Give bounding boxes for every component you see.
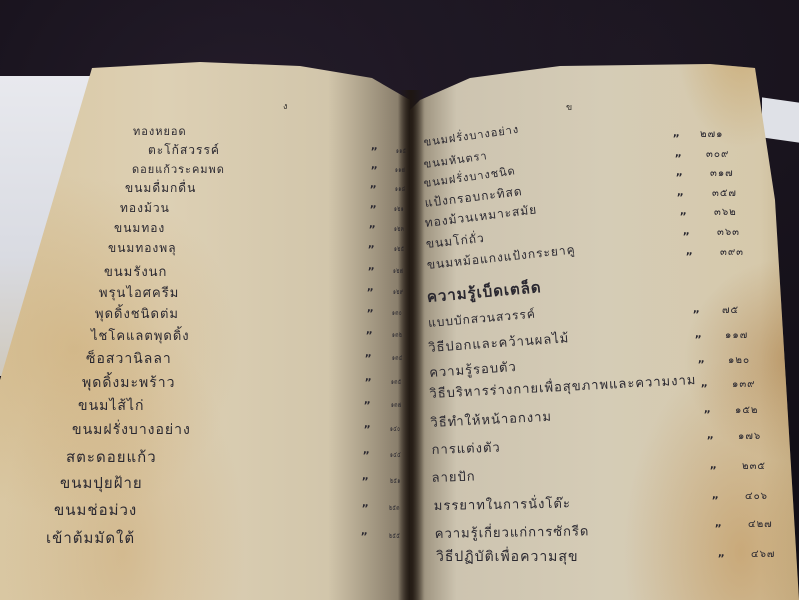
toc-entry-title: ลายปัก — [431, 465, 476, 488]
toc-entry-page: ๑๓๙ — [732, 377, 756, 392]
toc-entry-page: ๓๖๒ — [714, 205, 737, 220]
toc-entry-title: ขนมรังนก — [104, 261, 167, 282]
toc-entry-title: วิธีปฏิบัติเพื่อความสุข — [436, 546, 579, 568]
ditto-mark: ,, — [370, 179, 376, 190]
toc-entry-title: ความรู้เกี่ยวแก่การซักรีด — [435, 520, 590, 544]
ditto-mark: ,, — [707, 430, 713, 441]
toc-entry-title: แบบบักสวนสวรรค์ — [427, 305, 536, 333]
ditto-mark: ,, — [673, 128, 679, 139]
toc-entry-title: ขนมทอง — [114, 219, 165, 238]
ditto-mark: ,, — [371, 141, 377, 152]
toc-entry-page: ๔๐๖ — [745, 489, 768, 504]
ditto-mark: ,, — [695, 329, 701, 340]
ditto-mark: ,, — [686, 246, 692, 257]
toc-entry-page: ๔๒๗ — [748, 517, 773, 532]
toc-entry-title: ขนมฝรั่งบางอย่าง — [72, 419, 191, 441]
ditto-mark: ,, — [362, 498, 368, 509]
ditto-mark: ,, — [701, 378, 707, 389]
toc-entry-page: ๑๑๗ — [725, 328, 748, 343]
toc-entry-title: ไชโคแลตพุดดิ้ง — [91, 325, 190, 346]
ditto-mark: ,, — [693, 304, 699, 315]
section-heading-title: ความรู้เบ็ดเตล็ด — [426, 275, 543, 309]
toc-entry-title: ขนมช่อม่วง — [54, 498, 137, 522]
toc-entry-page: ๗๕ — [722, 303, 739, 318]
ditto-mark: ,, — [710, 460, 716, 471]
ditto-mark: ,, — [361, 526, 367, 537]
toc-entry-page: ๓๕๗ — [712, 186, 737, 201]
toc-entry-title: ซ็อสวานิลลา — [86, 348, 172, 370]
toc-entry-page: ๔๖๗ — [751, 547, 775, 562]
toc-entry-page: ๒๓๕ — [742, 459, 766, 474]
ditto-mark: ,, — [364, 395, 370, 406]
ditto-mark: ,, — [362, 471, 368, 482]
toc-entry-title: เข้าต้มมัดใต้ — [46, 526, 135, 550]
toc-entry-title: พรุนไอศครีม — [99, 282, 179, 303]
ditto-mark: ,, — [698, 354, 704, 365]
loose-paper-corner — [762, 97, 799, 142]
ditto-mark: ,, — [368, 239, 374, 250]
toc-entry-title: ขนมฝรั่งบางอย่าง — [422, 120, 520, 151]
ditto-mark: ,, — [715, 518, 721, 529]
toc-entry-title: วิธีทำให้หน้าอกงาม — [430, 406, 553, 433]
ditto-mark: ,, — [680, 206, 686, 217]
ditto-mark: ,, — [365, 348, 371, 359]
toc-entry-title: พุดดิ้งมะพร้าว — [82, 372, 175, 394]
toc-entry-title: มรรยาทในการนั่งโต๊ะ — [434, 493, 571, 516]
toc-entry-page: ๑๗๖ — [738, 429, 761, 444]
toc-entry-page: ๓๖๓ — [717, 225, 740, 240]
toc-entry-title: ขนมไส้ไก่ — [78, 395, 144, 417]
ditto-mark: ,, — [364, 419, 370, 430]
right-page-number: ข — [566, 100, 572, 114]
toc-entry-title: วิธีปอกและคว้านผลไม้ — [428, 327, 570, 358]
ditto-mark: ,, — [712, 490, 718, 501]
ditto-mark: ,, — [368, 261, 374, 272]
ditto-mark: ,, — [370, 199, 376, 210]
ditto-mark: ,, — [371, 160, 377, 171]
ditto-mark: ,, — [365, 372, 371, 383]
toc-entry-page: ๓๐๙ — [706, 147, 729, 162]
toc-entry-title: ขนมปุยฝ้าย — [60, 471, 143, 495]
toc-entry-title: พุดดิ้งชนิดต่ม — [95, 303, 179, 324]
ditto-mark: ,, — [363, 445, 369, 456]
ditto-mark: ,, — [367, 303, 373, 314]
toc-entry-title: ดอยแก้วระคมพด — [132, 160, 225, 178]
ditto-mark: ,, — [704, 404, 710, 415]
toc-entry-page: ๓๑๗ — [710, 166, 734, 181]
book-gutter — [398, 90, 424, 600]
ditto-mark: ,, — [676, 167, 682, 178]
right-page: ข ขนมฝรั่งบางอย่าง,,๒๗๑ขนมหันตรา,,๓๐๙ขนม… — [410, 0, 799, 600]
toc-entry-title: การแต่งตัว — [431, 437, 501, 460]
toc-entry-title: ขนมทองพลุ — [108, 239, 177, 258]
ditto-mark: ,, — [675, 148, 681, 159]
ditto-mark: ,, — [369, 219, 375, 230]
left-page-number: ง — [283, 99, 287, 113]
toc-entry-title: สตะดอยแก้ว — [66, 445, 157, 469]
ditto-mark: ,, — [366, 325, 372, 336]
ditto-mark: ,, — [718, 548, 724, 559]
ditto-mark: ,, — [683, 226, 689, 237]
ditto-mark: ,, — [367, 282, 373, 293]
ditto-mark: ,, — [677, 187, 683, 198]
toc-entry-page: ๑๕๒ — [735, 403, 759, 418]
toc-entry-title: ทองม้วน — [120, 199, 170, 218]
toc-entry-title: ทองหยอด — [133, 122, 187, 140]
toc-entry-title: ขนมดื่มกดื่น — [125, 179, 196, 198]
toc-entry-page: ๑๒๐ — [728, 353, 750, 368]
toc-entry-title: ตะโก้สวรรค์ — [148, 141, 220, 160]
toc-entry-page: ๓๙๓ — [720, 245, 744, 260]
toc-entry-page: ๒๗๑ — [700, 127, 723, 142]
